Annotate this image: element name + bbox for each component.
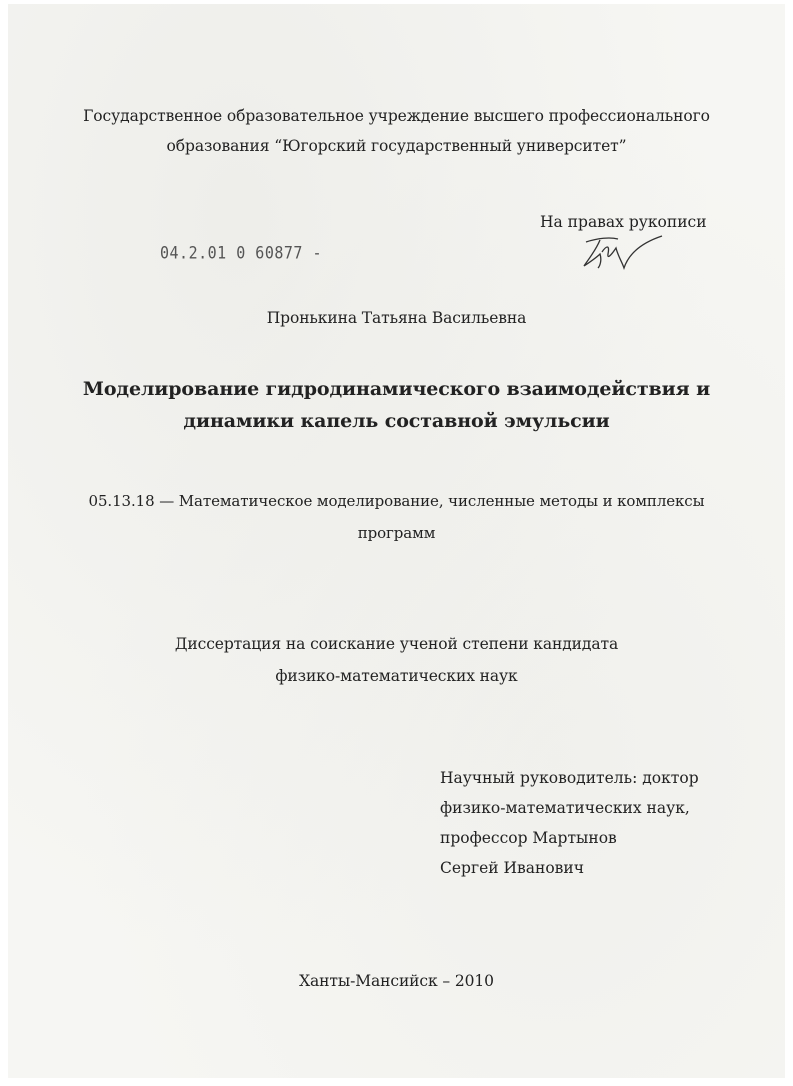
scan-border-bottom — [0, 1078, 793, 1086]
scan-border-top — [0, 0, 793, 4]
advisor-line: Научный руководитель: доктор — [440, 763, 699, 793]
dissertation-title-line-2: динамики капель составной эмульсии — [0, 410, 793, 432]
title-page: Государственное образовательное учрежден… — [0, 0, 793, 1086]
dissertation-title-line-1: Моделирование гидродинамического взаимод… — [0, 378, 793, 400]
author-name: Пронькина Татьяна Васильевна — [0, 309, 793, 327]
degree-line-2: физико-математических наук — [0, 667, 793, 685]
advisor-line: профессор Мартынов — [440, 823, 699, 853]
place-and-year: Ханты-Мансийск – 2010 — [0, 972, 793, 990]
rights-notice: На правах рукописи — [540, 213, 707, 231]
library-stamp-number: 04.2.01 0 60877 - — [160, 243, 322, 264]
scan-border-left — [0, 0, 8, 1086]
specialty-line-1: 05.13.18 — Математическое моделирование,… — [0, 492, 793, 510]
scientific-advisor-block: Научный руководитель: доктор физико-мате… — [440, 763, 699, 883]
specialty-line-2: программ — [0, 524, 793, 542]
institution-line-2: образования “Югорский государственный ун… — [0, 137, 793, 155]
degree-line-1: Диссертация на соискание ученой степени … — [0, 635, 793, 653]
scan-border-right — [785, 0, 793, 1086]
advisor-line: Сергей Иванович — [440, 853, 699, 883]
institution-line-1: Государственное образовательное учрежден… — [0, 107, 793, 125]
signature-icon — [578, 232, 668, 272]
advisor-line: физико-математических наук, — [440, 793, 699, 823]
